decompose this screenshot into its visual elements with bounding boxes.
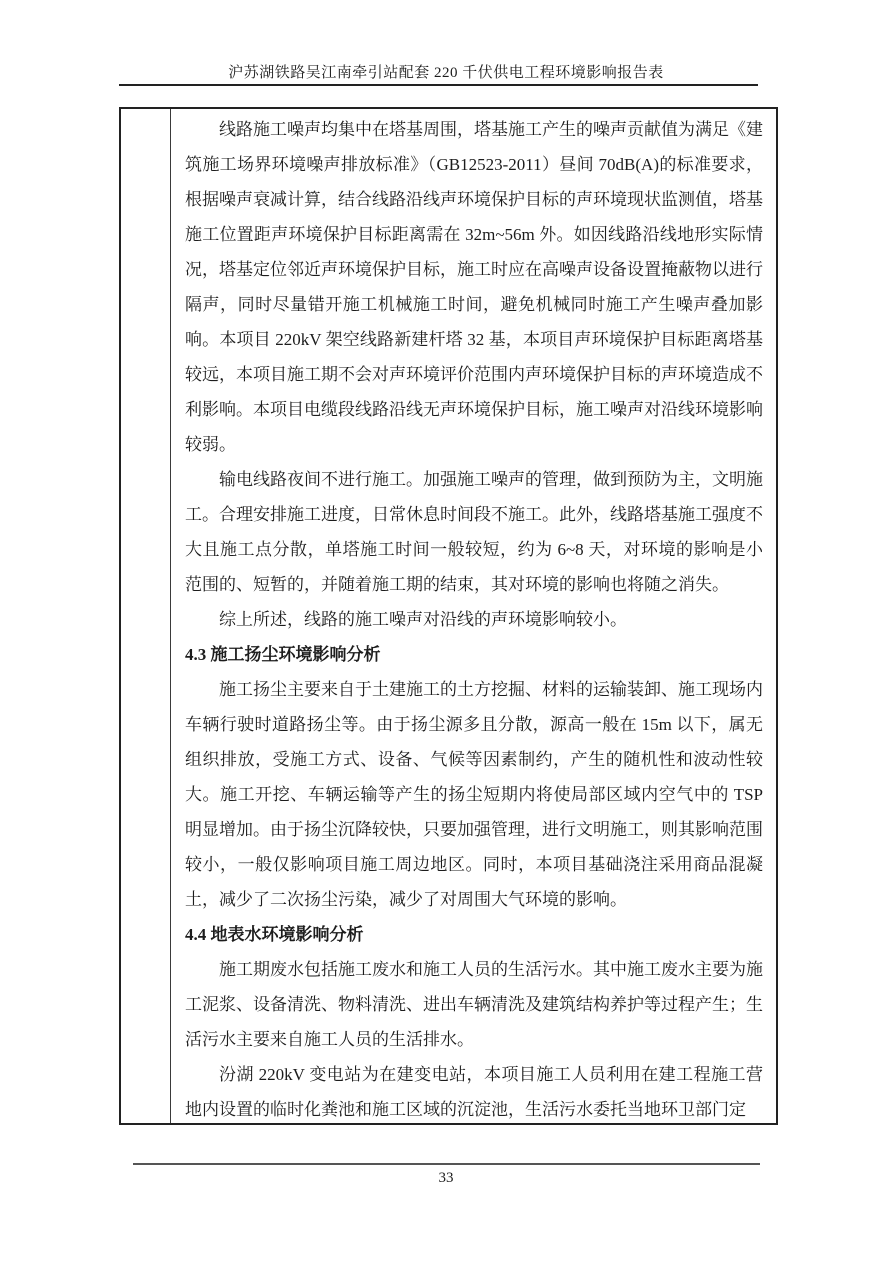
paragraph-noise-management: 输电线路夜间不进行施工。加强施工噪声的管理，做到预防为主，文明施工。合理安排施工…: [185, 462, 763, 602]
paragraph-noise-towerbase: 线路施工噪声均集中在塔基周围，塔基施工产生的噪声贡献值为满足《建筑施工场界环境噪…: [185, 112, 763, 462]
report-table: 线路施工噪声均集中在塔基周围，塔基施工产生的噪声贡献值为满足《建筑施工场界环境噪…: [119, 107, 778, 1125]
paragraph-wastewater-types: 施工期废水包括施工废水和施工人员的生活污水。其中施工废水主要为施工泥浆、设备清洗…: [185, 952, 763, 1057]
document-title: 沪苏湖铁路吴江南牵引站配套 220 千伏供电工程环境影响报告表: [0, 61, 892, 82]
paragraph-noise-conclusion: 综上所述，线路的施工噪声对沿线的声环境影响较小。: [185, 602, 763, 637]
footer-rule: [133, 1163, 760, 1165]
table-left-label-cell: [121, 109, 171, 1123]
page-number: 33: [0, 1170, 892, 1187]
paragraph-wastewater-treatment: 汾湖 220kV 变电站为在建变电站，本项目施工人员利用在建工程施工营地内设置的…: [185, 1057, 763, 1123]
section-heading-4-3: 4.3 施工扬尘环境影响分析: [185, 637, 763, 672]
document-page: { "header": { "title": "沪苏湖铁路吴江南牵引站配套 22…: [0, 0, 892, 1262]
paragraph-dust-analysis: 施工扬尘主要来自于土建施工的土方挖掘、材料的运输装卸、施工现场内车辆行驶时道路扬…: [185, 672, 763, 917]
section-heading-4-4: 4.4 地表水环境影响分析: [185, 917, 763, 952]
table-content-cell: 线路施工噪声均集中在塔基周围，塔基施工产生的噪声贡献值为满足《建筑施工场界环境噪…: [171, 109, 776, 1123]
header-rule: [119, 84, 758, 86]
